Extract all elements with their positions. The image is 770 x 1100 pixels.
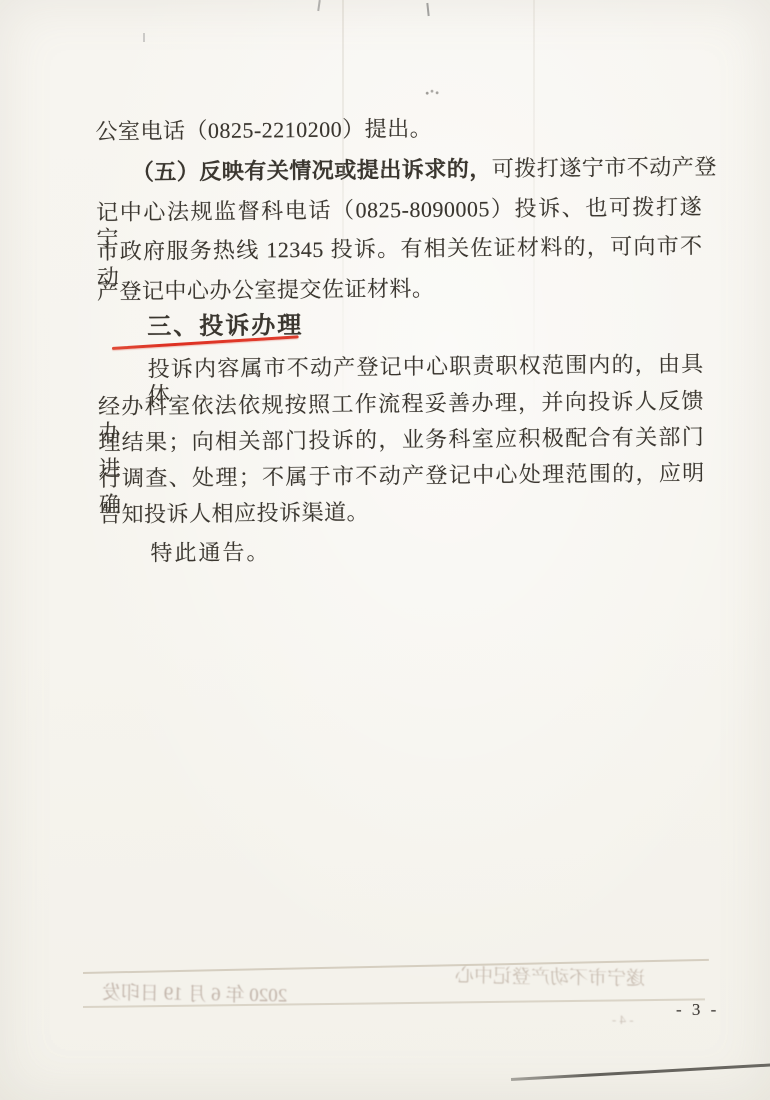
- closing-line: 特此通告。: [150, 539, 270, 566]
- scanned-page: 公室电话（0825-2210200）提出。 （五）反映有关情况或提出诉求的，可拨…: [0, 0, 770, 1100]
- scan-smudge: [424, 88, 440, 96]
- scan-speck: [143, 33, 145, 42]
- bleedthrough-issuer: 遂宁市不动产登记中心: [455, 960, 645, 990]
- para2-line4: 产登记中心办公室提交佐证材料。: [97, 276, 435, 305]
- para1-line1: 公室电话（0825-2210200）提出。: [95, 116, 432, 145]
- para2-line1-rest: 可拨打遂宁市不动产登: [492, 154, 717, 181]
- para2-line1-bold: （五）反映有关情况或提出诉求的，: [132, 156, 492, 184]
- page-number: - 3 -: [676, 1000, 719, 1020]
- para3-line5: 告知投诉人相应投诉渠道。: [99, 499, 369, 528]
- scan-streak: [342, 0, 344, 420]
- scan-streak: [533, 0, 535, 420]
- document-text: 公室电话（0825-2210200）提出。 （五）反映有关情况或提出诉求的，可拨…: [0, 0, 770, 1100]
- bleedthrough-back-page-number: - 4 -: [612, 1012, 634, 1028]
- para2-line1: （五）反映有关情况或提出诉求的，可拨打遂宁市不动产登: [132, 154, 717, 186]
- bleedthrough-print-date: 2020 年 6 月 19 日印发: [102, 977, 288, 1007]
